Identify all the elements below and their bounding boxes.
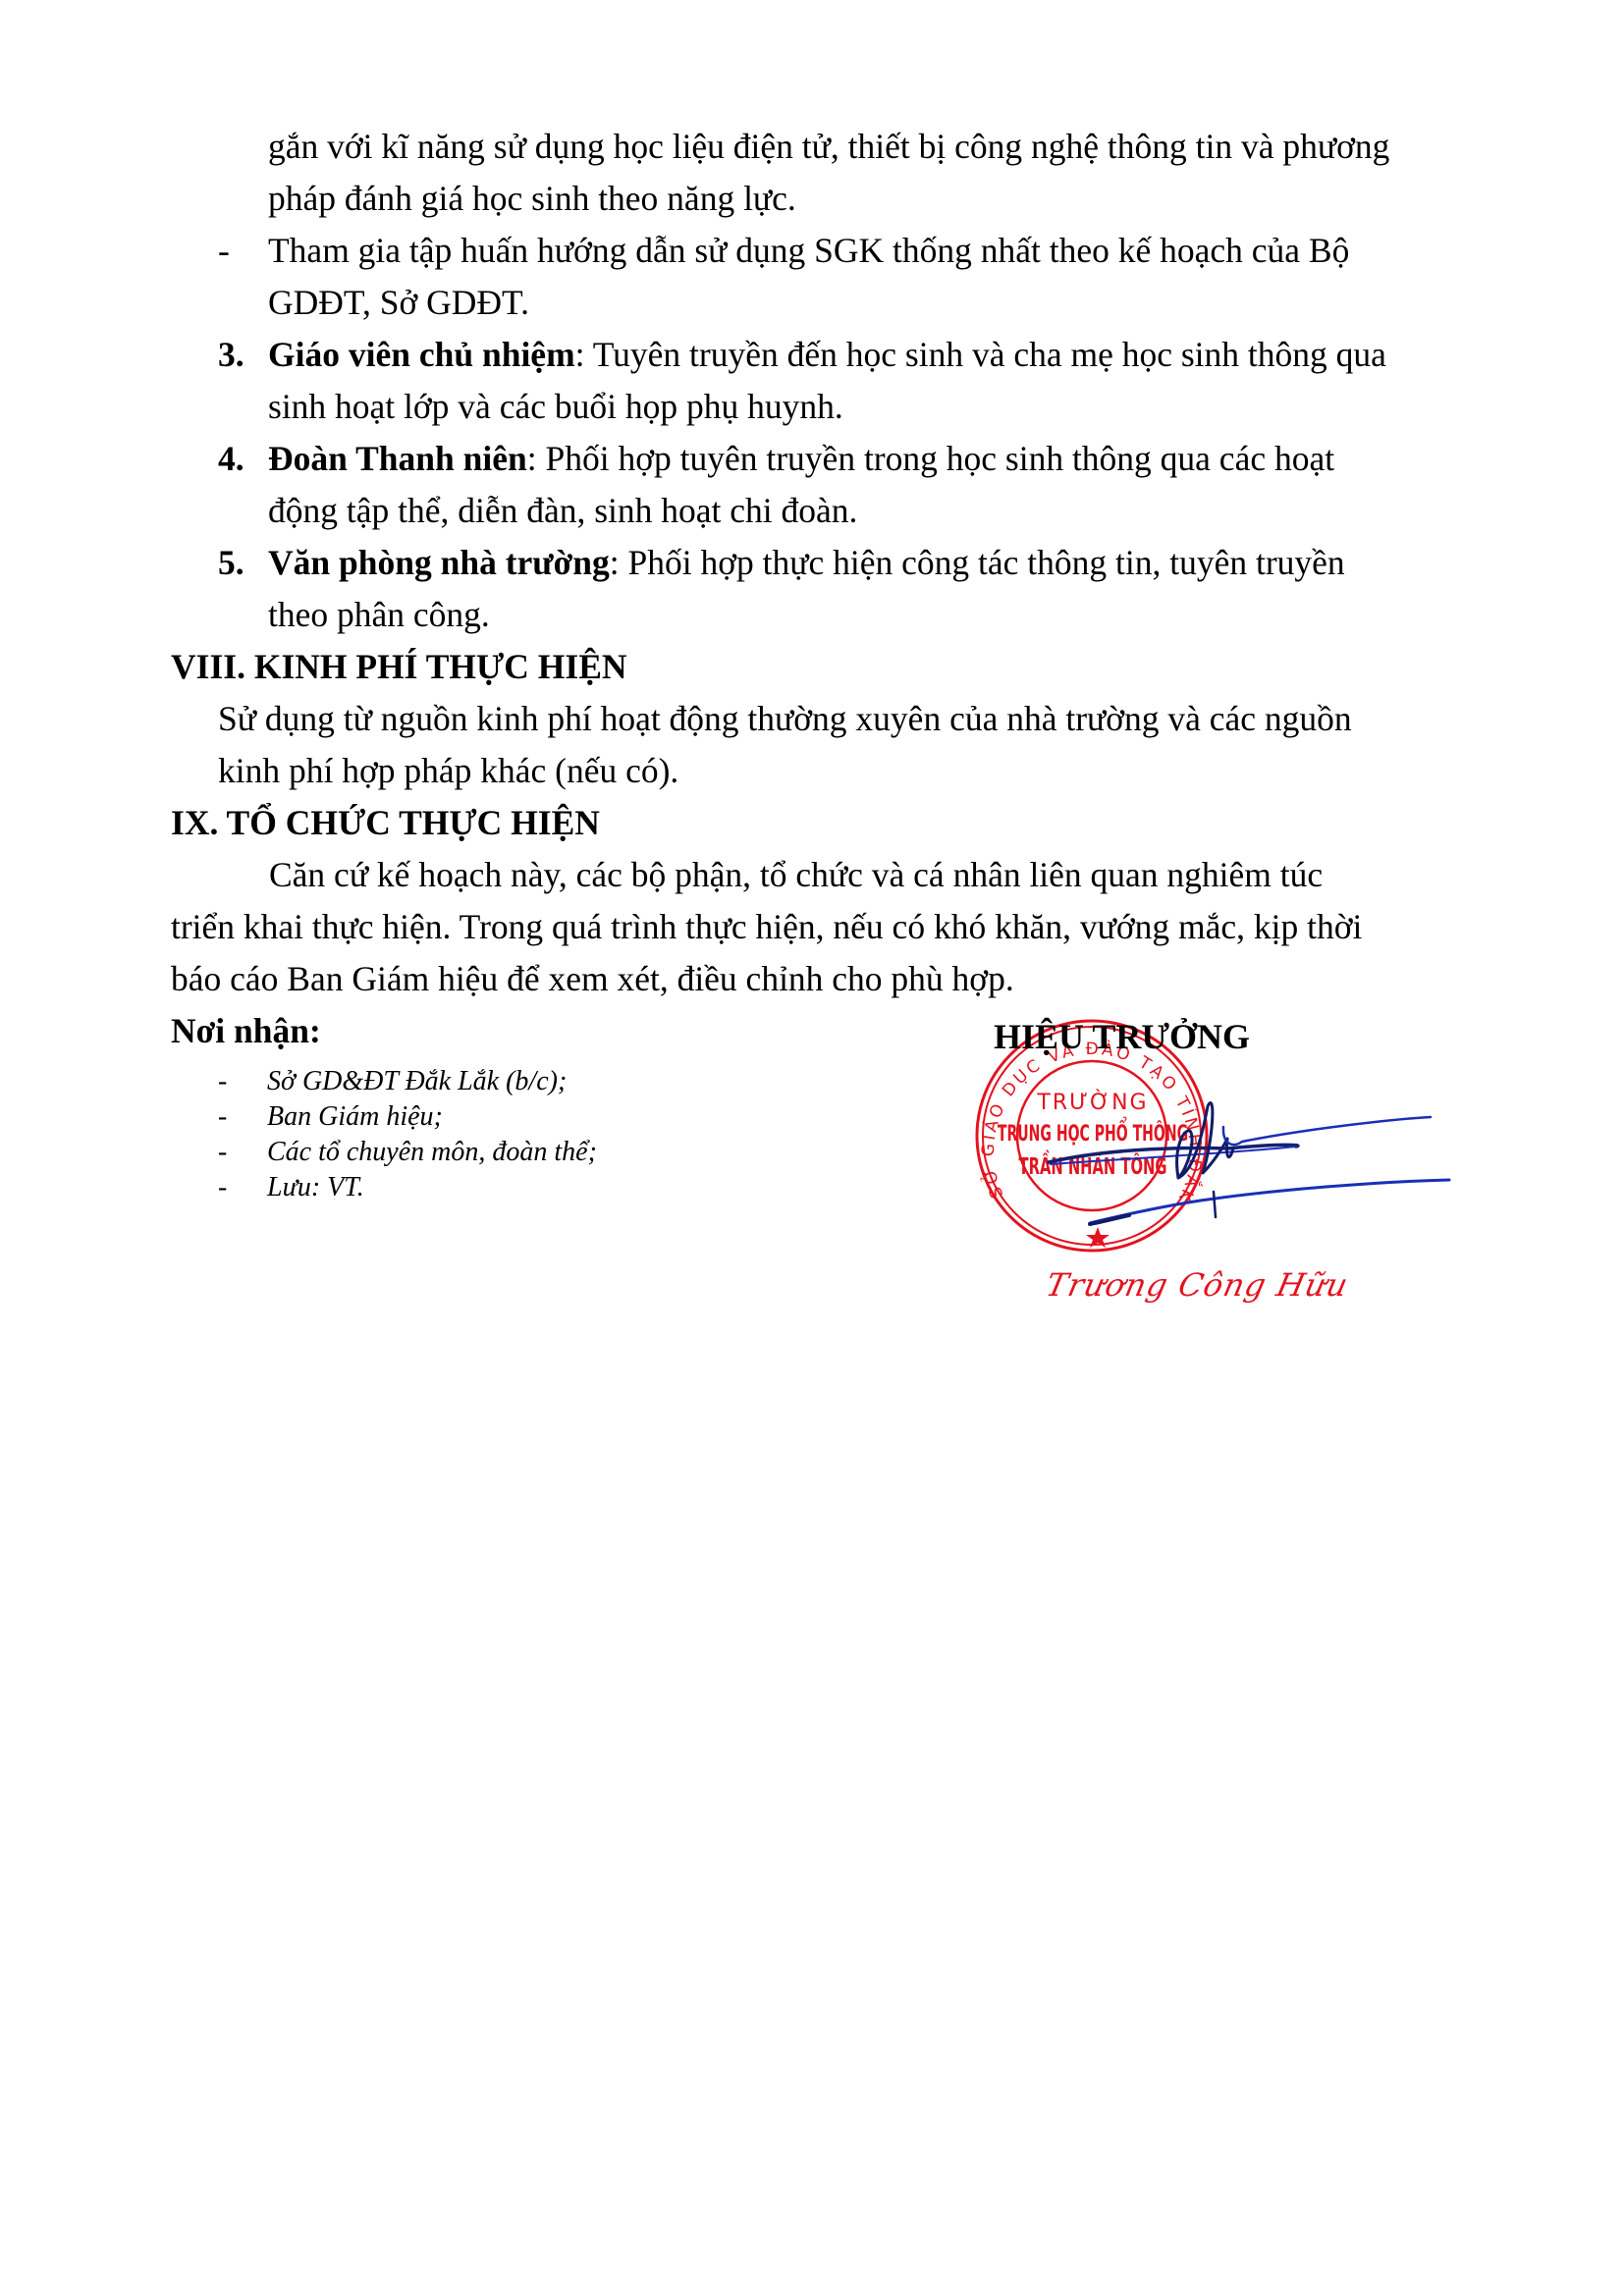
item-3-first-line: Giáo viên chủ nhiệm: Tuyên truyền đến họ… (268, 329, 1386, 381)
recipients-title: Nơi nhận: (171, 1005, 321, 1057)
bullet-marker: - (218, 225, 230, 277)
recipient-4-marker: - (218, 1170, 227, 1205)
item-3-number: 3. (218, 329, 244, 381)
section-ix-line-2: triển khai thực hiện. Trong quá trình th… (171, 901, 1362, 953)
signature-title: HIỆU TRƯỞNG (994, 1011, 1250, 1063)
item-3-label: Giáo viên chủ nhiệm (268, 335, 575, 374)
item-4-number: 4. (218, 433, 244, 485)
section-ix-heading: IX. TỔ CHỨC THỰC HIỆN (171, 797, 600, 849)
section-viii-heading: VIII. KINH PHÍ THỰC HIỆN (171, 641, 627, 693)
item-3-text: : Tuyên truyền đến học sinh và cha mẹ họ… (575, 335, 1386, 374)
recipient-3-marker: - (218, 1135, 227, 1170)
item-4-label: Đoàn Thanh niên (268, 439, 527, 478)
section-ix-line-1: Căn cứ kế hoạch này, các bộ phận, tổ chứ… (269, 849, 1323, 901)
recipient-3: Các tổ chuyên môn, đoàn thể; (267, 1135, 597, 1170)
item-5-first-line: Văn phòng nhà trường: Phối hợp thực hiện… (268, 537, 1345, 589)
continuation-line-1: gắn với kĩ năng sử dụng học liệu điện tử… (268, 121, 1389, 173)
section-viii-line-1: Sử dụng từ nguồn kinh phí hoạt động thườ… (218, 693, 1352, 745)
bullet-line-1: Tham gia tập huấn hướng dẫn sử dụng SGK … (268, 225, 1349, 277)
item-4-second-line: động tập thể, diễn đàn, sinh hoạt chi đo… (268, 485, 857, 537)
recipient-1-marker: - (218, 1064, 227, 1099)
continuation-line-2: pháp đánh giá học sinh theo năng lực. (268, 173, 796, 225)
item-4-first-line: Đoàn Thanh niên: Phối hợp tuyên truyền t… (268, 433, 1334, 485)
item-5-number: 5. (218, 537, 244, 589)
stamp-line-2: TRUNG HỌC PHỔ THÔNG (998, 1115, 1188, 1147)
item-5-label: Văn phòng nhà trường (268, 543, 610, 582)
item-4-text: : Phối hợp tuyên truyền trong học sinh t… (527, 439, 1334, 478)
item-5-text: : Phối hợp thực hiện công tác thông tin,… (610, 543, 1345, 582)
stamp-line-1: TRƯỜNG (1036, 1090, 1148, 1115)
section-viii-line-2: kinh phí hợp pháp khác (nếu có). (218, 745, 678, 797)
recipient-4: Lưu: VT. (267, 1170, 364, 1205)
signer-name: Trương Công Hữu (1043, 1266, 1352, 1304)
recipient-2-marker: - (218, 1099, 227, 1135)
item-3-second-line: sinh hoạt lớp và các buổi họp phụ huynh. (268, 381, 843, 433)
section-ix-line-3: báo cáo Ban Giám hiệu để xem xét, điều c… (171, 953, 1014, 1005)
item-5-second-line: theo phân công. (268, 589, 490, 641)
document-page: gắn với kĩ năng sử dụng học liệu điện tử… (0, 0, 1624, 2296)
recipient-2: Ban Giám hiệu; (267, 1099, 443, 1135)
bullet-line-2: GDĐT, Sở GDĐT. (268, 277, 529, 329)
recipient-1: Sở GD&ĐT Đắk Lắk (b/c); (267, 1064, 567, 1099)
